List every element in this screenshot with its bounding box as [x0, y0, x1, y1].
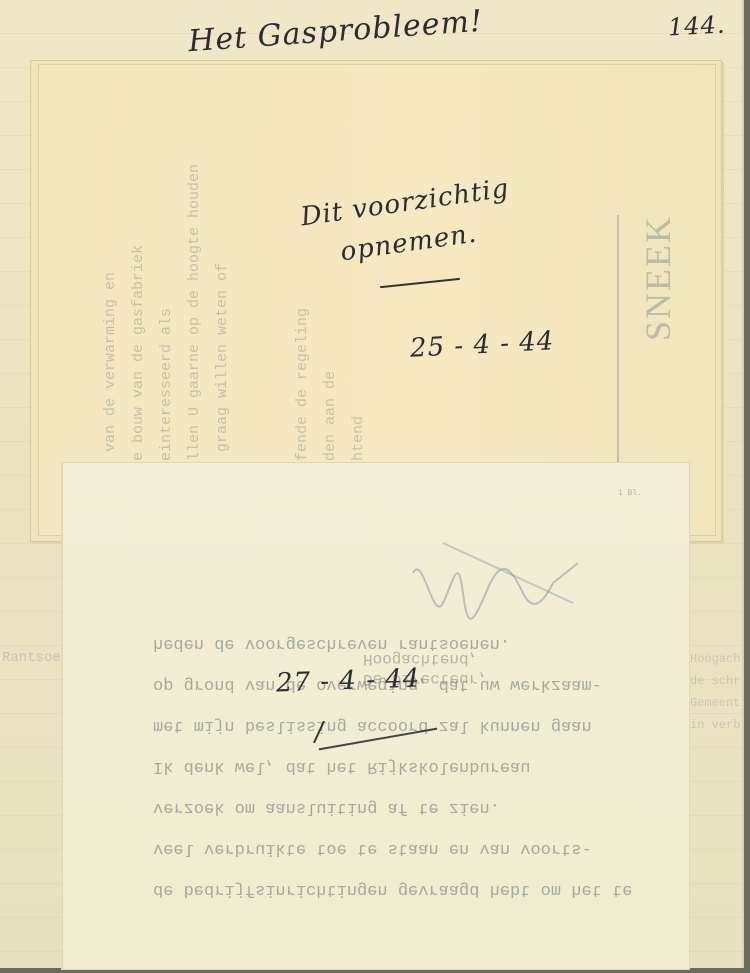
upper-letter-bleed-text: gebied van de verwarming en voor de bouw… [97, 95, 237, 515]
page-number: 144. [667, 11, 726, 42]
page-title: Het Gasprobleem! [187, 4, 484, 60]
lower-letter: 1 Bl. De Directeur, Hoogachtend, de bedr… [62, 462, 690, 970]
sheet-stamp: 1 Bl. [618, 489, 642, 498]
album-page: Het Gasprobleem! 144. gebied van de verw… [0, 0, 744, 968]
handwritten-date-lower: 27 - 4 - 44 [276, 663, 421, 698]
upper-letter-bleed-text-2: betreffende de regeling verbonden aan de… [289, 95, 373, 515]
left-margin-bleed: Rantsoenering. [2, 650, 62, 666]
letterhead-mirrored: SNEEK [637, 215, 679, 341]
right-margin-bleed: Hoogachtend, de schrijven van Gemeente i… [690, 648, 740, 736]
